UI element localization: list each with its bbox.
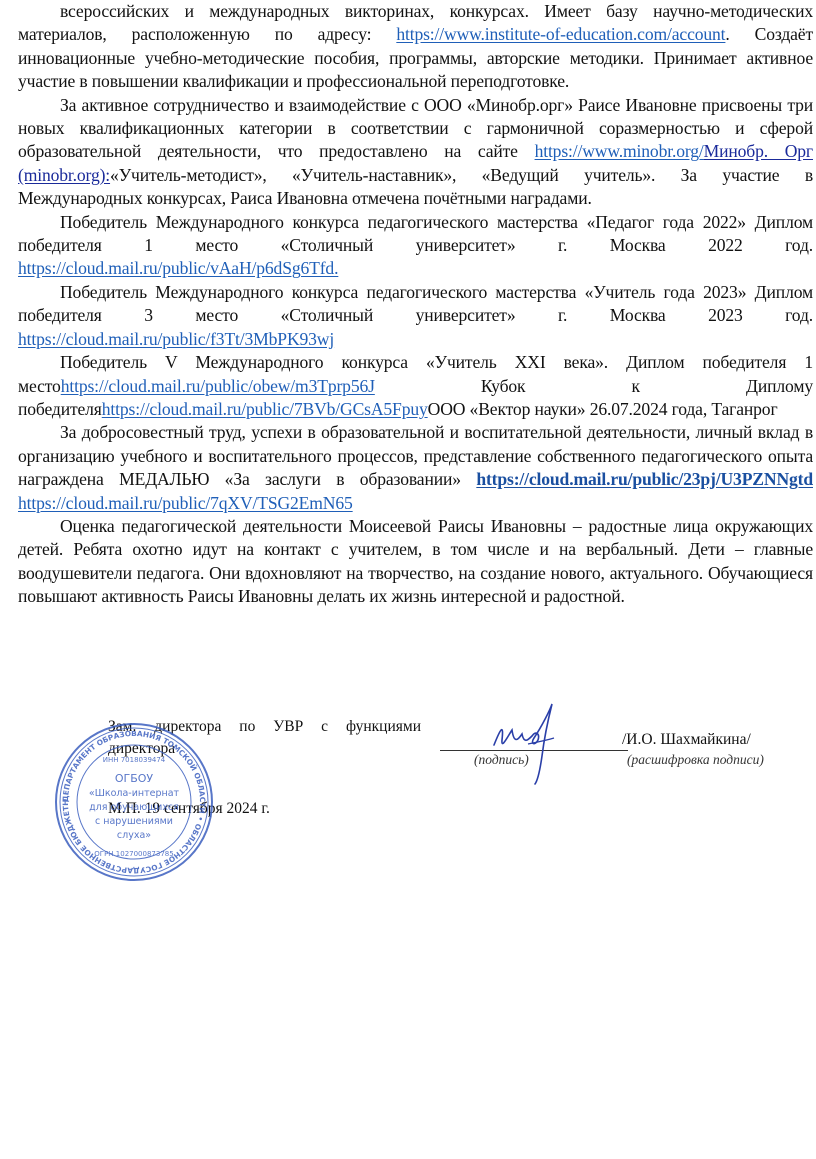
official-stamp-icon: ДЕПАРТАМЕНТ ОБРАЗОВАНИЯ ТОМСКОЙ ОБЛАСТИ …: [54, 720, 214, 885]
stamp-text: ОГРН 1027000873785: [94, 850, 173, 858]
hyperlink[interactable]: https://cloud.mail.ru/public/7BVb/GCsA5F…: [102, 399, 428, 419]
decoding-caption: (расшифровка подписи): [627, 752, 764, 768]
paragraph-methodics: всероссийских и международных викторинах…: [18, 0, 813, 94]
paragraph-text: Оценка педагогической деятельности Моисе…: [18, 516, 813, 606]
paragraph-evaluation: Оценка педагогической деятельности Моисе…: [18, 515, 813, 609]
hyperlink[interactable]: https://cloud.mail.ru/public/f3Tt/3MbPK9…: [18, 329, 334, 349]
hyperlink[interactable]: https://www.minobr.org/: [535, 141, 704, 161]
hyperlink[interactable]: https://cloud.mail.ru/public/vAaH/p6dSg6…: [18, 258, 338, 278]
stamp-text: ИНН 7018039474: [103, 756, 166, 764]
handwritten-signature-icon: [488, 700, 568, 785]
paragraph-award-xxi: Победитель V Международного конкурса «Уч…: [18, 351, 813, 421]
paragraph-text: «Учитель-методист», «Учитель-наставник»,…: [18, 165, 813, 208]
paragraph-categories: За активное сотрудничество и взаимодейст…: [18, 94, 813, 211]
signatory-name: /И.О. Шахмайкина/: [622, 731, 751, 749]
paragraph-award-2023: Победитель Международного конкурса педаг…: [18, 281, 813, 351]
paragraph-text: ООО «Вектор науки» 26.07.2024 года, Тага…: [428, 399, 778, 419]
hyperlink[interactable]: https://cloud.mail.ru/public/7qXV/TSG2Em…: [18, 493, 353, 513]
stamp-text: с нарушениями: [95, 816, 173, 827]
stamp-text: слуха»: [117, 830, 151, 841]
stamp-text: для обучающихся: [89, 802, 179, 813]
document-page: всероссийских и международных викторинах…: [18, 0, 813, 609]
hyperlink[interactable]: https://cloud.mail.ru/public/23pj/U3PZNN…: [476, 469, 813, 489]
paragraph-award-2022: Победитель Международного конкурса педаг…: [18, 211, 813, 281]
paragraph-text: Победитель Международного конкурса педаг…: [18, 282, 813, 325]
paragraph-text: Победитель Международного конкурса педаг…: [18, 212, 813, 255]
stamp-text: ОГБОУ: [115, 772, 154, 785]
hyperlink[interactable]: https://cloud.mail.ru/public/obew/m3Tprp…: [61, 376, 375, 396]
stamp-text: «Школа-интернат: [89, 788, 180, 799]
hyperlink[interactable]: https://www.institute-of-education.com/a…: [396, 24, 725, 44]
paragraph-medal: За добросовестный труд, успехи в образов…: [18, 421, 813, 515]
